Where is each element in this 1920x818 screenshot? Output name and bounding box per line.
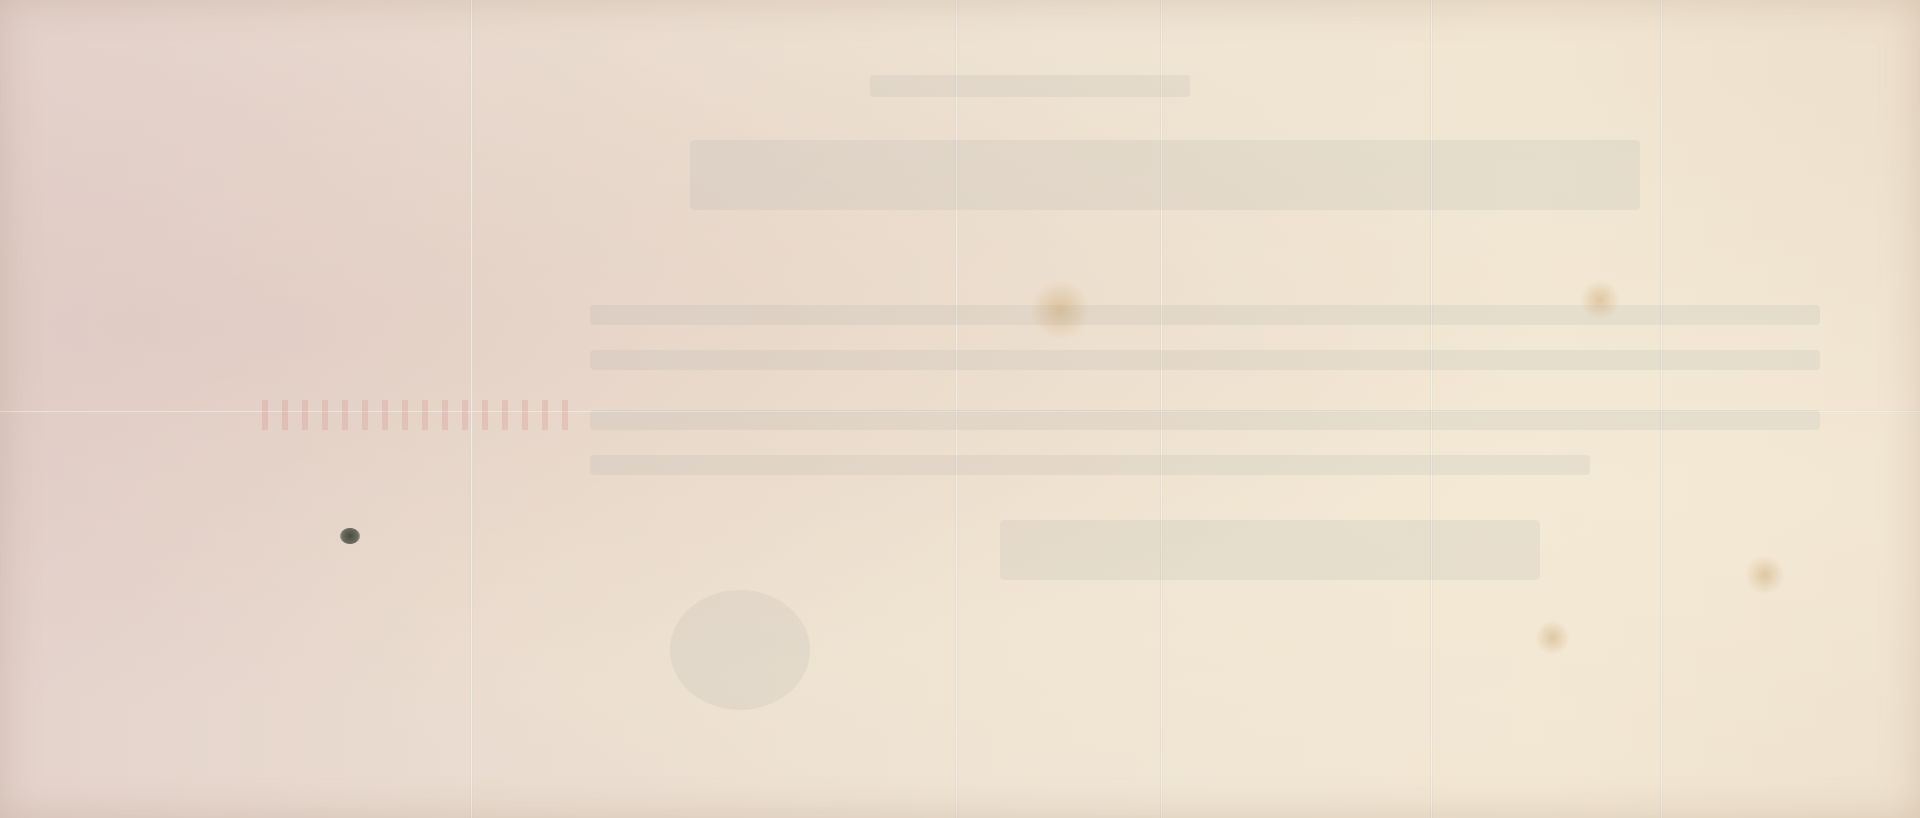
fold-crease bbox=[1660, 0, 1663, 818]
bleed-through-line bbox=[590, 350, 1820, 370]
stain bbox=[1580, 280, 1620, 320]
bleed-through-signatures bbox=[1000, 520, 1540, 580]
red-ink-specks bbox=[262, 400, 582, 430]
bleed-through-line bbox=[590, 305, 1820, 325]
bleed-through-line bbox=[590, 410, 1820, 430]
fold-crease bbox=[1430, 0, 1433, 818]
bleed-through-line bbox=[590, 455, 1590, 475]
stain bbox=[1030, 280, 1090, 340]
bleed-through-heading bbox=[870, 75, 1190, 97]
stain bbox=[1535, 620, 1570, 655]
bleed-through-title bbox=[690, 140, 1640, 210]
stain bbox=[1745, 555, 1785, 595]
fold-crease bbox=[955, 0, 958, 818]
banknote-reverse bbox=[0, 0, 1920, 818]
bleed-through-seal bbox=[670, 590, 810, 710]
fold-crease bbox=[1160, 0, 1163, 818]
paper-hole bbox=[340, 528, 360, 544]
